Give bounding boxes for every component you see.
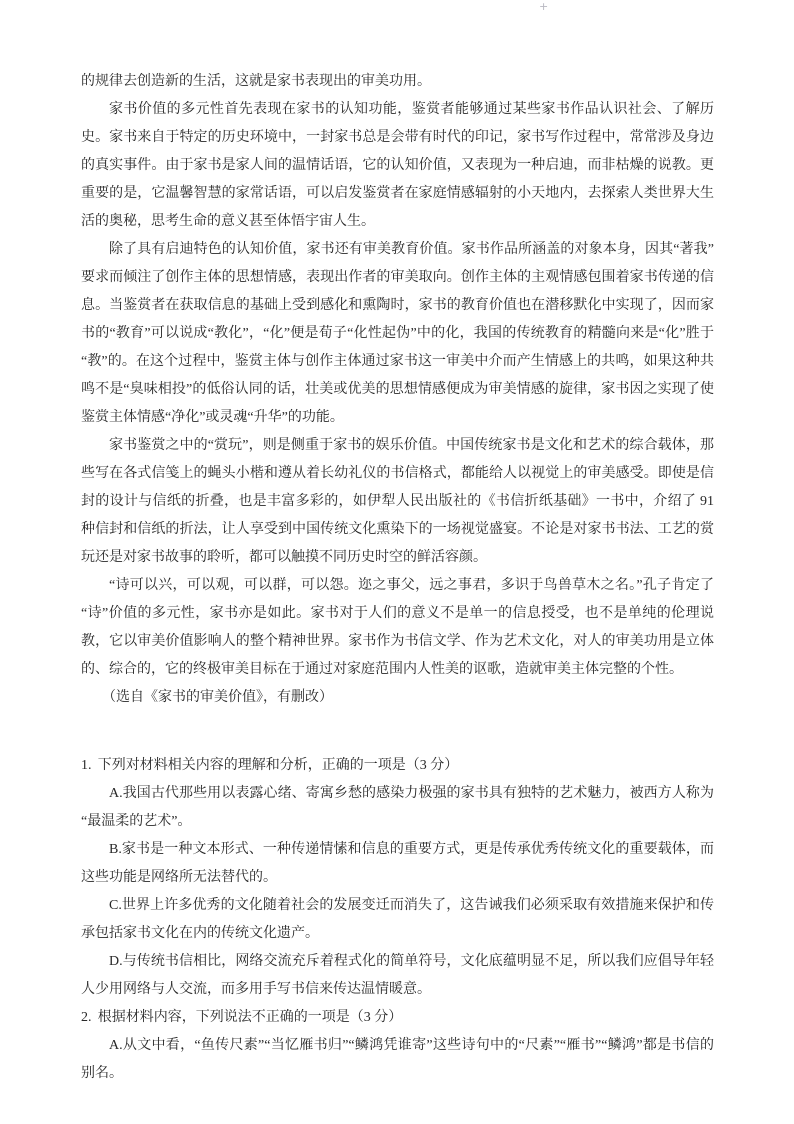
question-1-option-c: C.世界上许多优秀的文化随着社会的发展变迁而消失了，这告诫我们必须采取有效措施来… [81,892,714,948]
question-1: 1.下列对材料相关内容的理解和分析，正确的一项是（3 分） [81,752,714,780]
question-1-option-d: D.与传统书信相比，网络交流充斥着程式化的简单符号，文化底蕴明显不足，所以我们应… [81,948,714,1004]
question-2-option-a: A.从文中看，“鱼传尺素”“当忆雁书归”“鳞鸿凭谁寄”这些诗句中的“尺素”“雁书… [81,1032,714,1088]
question-1-stem: 下列对材料相关内容的理解和分析，正确的一项是（3 分） [98,758,459,773]
passage-paragraph: 除了具有启迪特色的认知价值，家书还有审美教育价值。家书作品所涵盖的对象本身，因其… [81,236,714,432]
question-2-number: 2. [81,1010,92,1025]
question-1-option-b: B.家书是一种文本形式、一种传递情愫和信息的重要方式，更是传承优秀传统文化的重要… [81,836,714,892]
scan-registration-mark: + [539,0,548,14]
question-2-stem: 根据材料内容，下列说法不正确的一项是（3 分） [98,1010,403,1025]
questions-section: 1.下列对材料相关内容的理解和分析，正确的一项是（3 分） A.我国古代那些用以… [81,752,714,1088]
passage-paragraph-continuation: 的规律去创造新的生活，这就是家书表现出的审美功用。 [81,68,714,96]
passage-paragraph: “诗可以兴，可以观，可以群，可以怨。迩之事父，远之事君，多识于鸟兽草木之名。”孔… [81,572,714,684]
question-1-number: 1. [81,758,92,773]
passage-source-attribution: （选自《家书的审美价值》，有删改） [81,684,714,712]
reading-passage: 的规律去创造新的生活，这就是家书表现出的审美功用。 家书价值的多元性首先表现在家… [81,68,714,712]
question-1-option-a: A.我国古代那些用以表露心绪、寄寓乡愁的感染力极强的家书具有独特的艺术魅力，被西… [81,780,714,836]
passage-paragraph: 家书鉴赏之中的“赏玩”，则是侧重于家书的娱乐价值。中国传统家书是文化和艺术的综合… [81,432,714,572]
question-2: 2.根据材料内容，下列说法不正确的一项是（3 分） [81,1004,714,1032]
exam-page: + 的规律去创造新的生活，这就是家书表现出的审美功用。 家书价值的多元性首先表现… [0,0,794,1124]
passage-paragraph: 家书价值的多元性首先表现在家书的认知功能，鉴赏者能够通过某些家书作品认识社会、了… [81,96,714,236]
